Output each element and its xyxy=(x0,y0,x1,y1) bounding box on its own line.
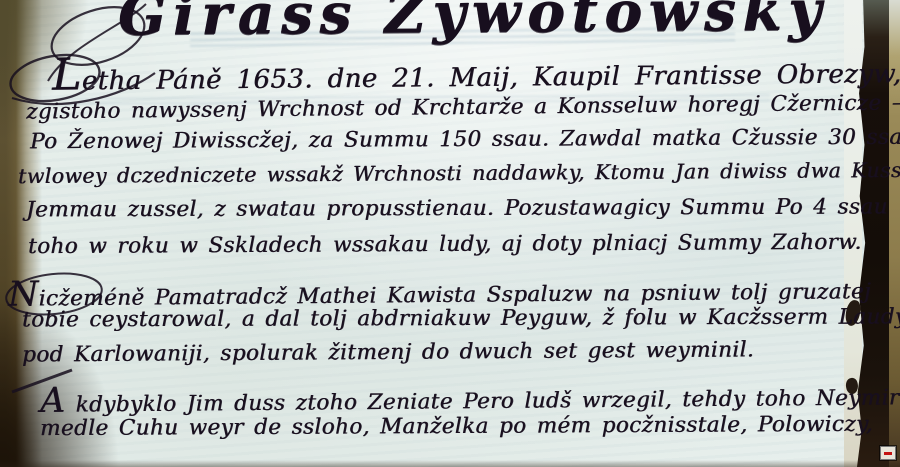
manuscript-line: tobie ceystarowal, a dal tolj abdrniakuw… xyxy=(22,304,900,332)
manuscript-line: toho w roku w Sskladech wssakau ludy, aj… xyxy=(28,230,862,259)
minus-icon xyxy=(884,452,892,455)
manuscript-scan: Girass Žywotowsky Letha Páně 1653. dne 2… xyxy=(0,0,900,467)
manuscript-line: pod Karlowaniji, spolurak žitmenj do dwu… xyxy=(22,337,754,367)
manuscript-line: twlowey dczedniczete wssakž Wrchnosti na… xyxy=(18,158,900,188)
shrink-image-button[interactable] xyxy=(880,446,896,460)
record-body: Letha Páně 1653. dne 21. Maij, Kaupil Fr… xyxy=(0,0,900,467)
manuscript-line: Jemmau zussel, z swatau propusstienau. P… xyxy=(26,194,888,222)
manuscript-line: Po Ženowej Diwisscžej, za Summu 150 ssau… xyxy=(30,125,900,155)
manuscript-line: medle Cuhu weyr de ssloho, Manželka po m… xyxy=(40,412,873,441)
